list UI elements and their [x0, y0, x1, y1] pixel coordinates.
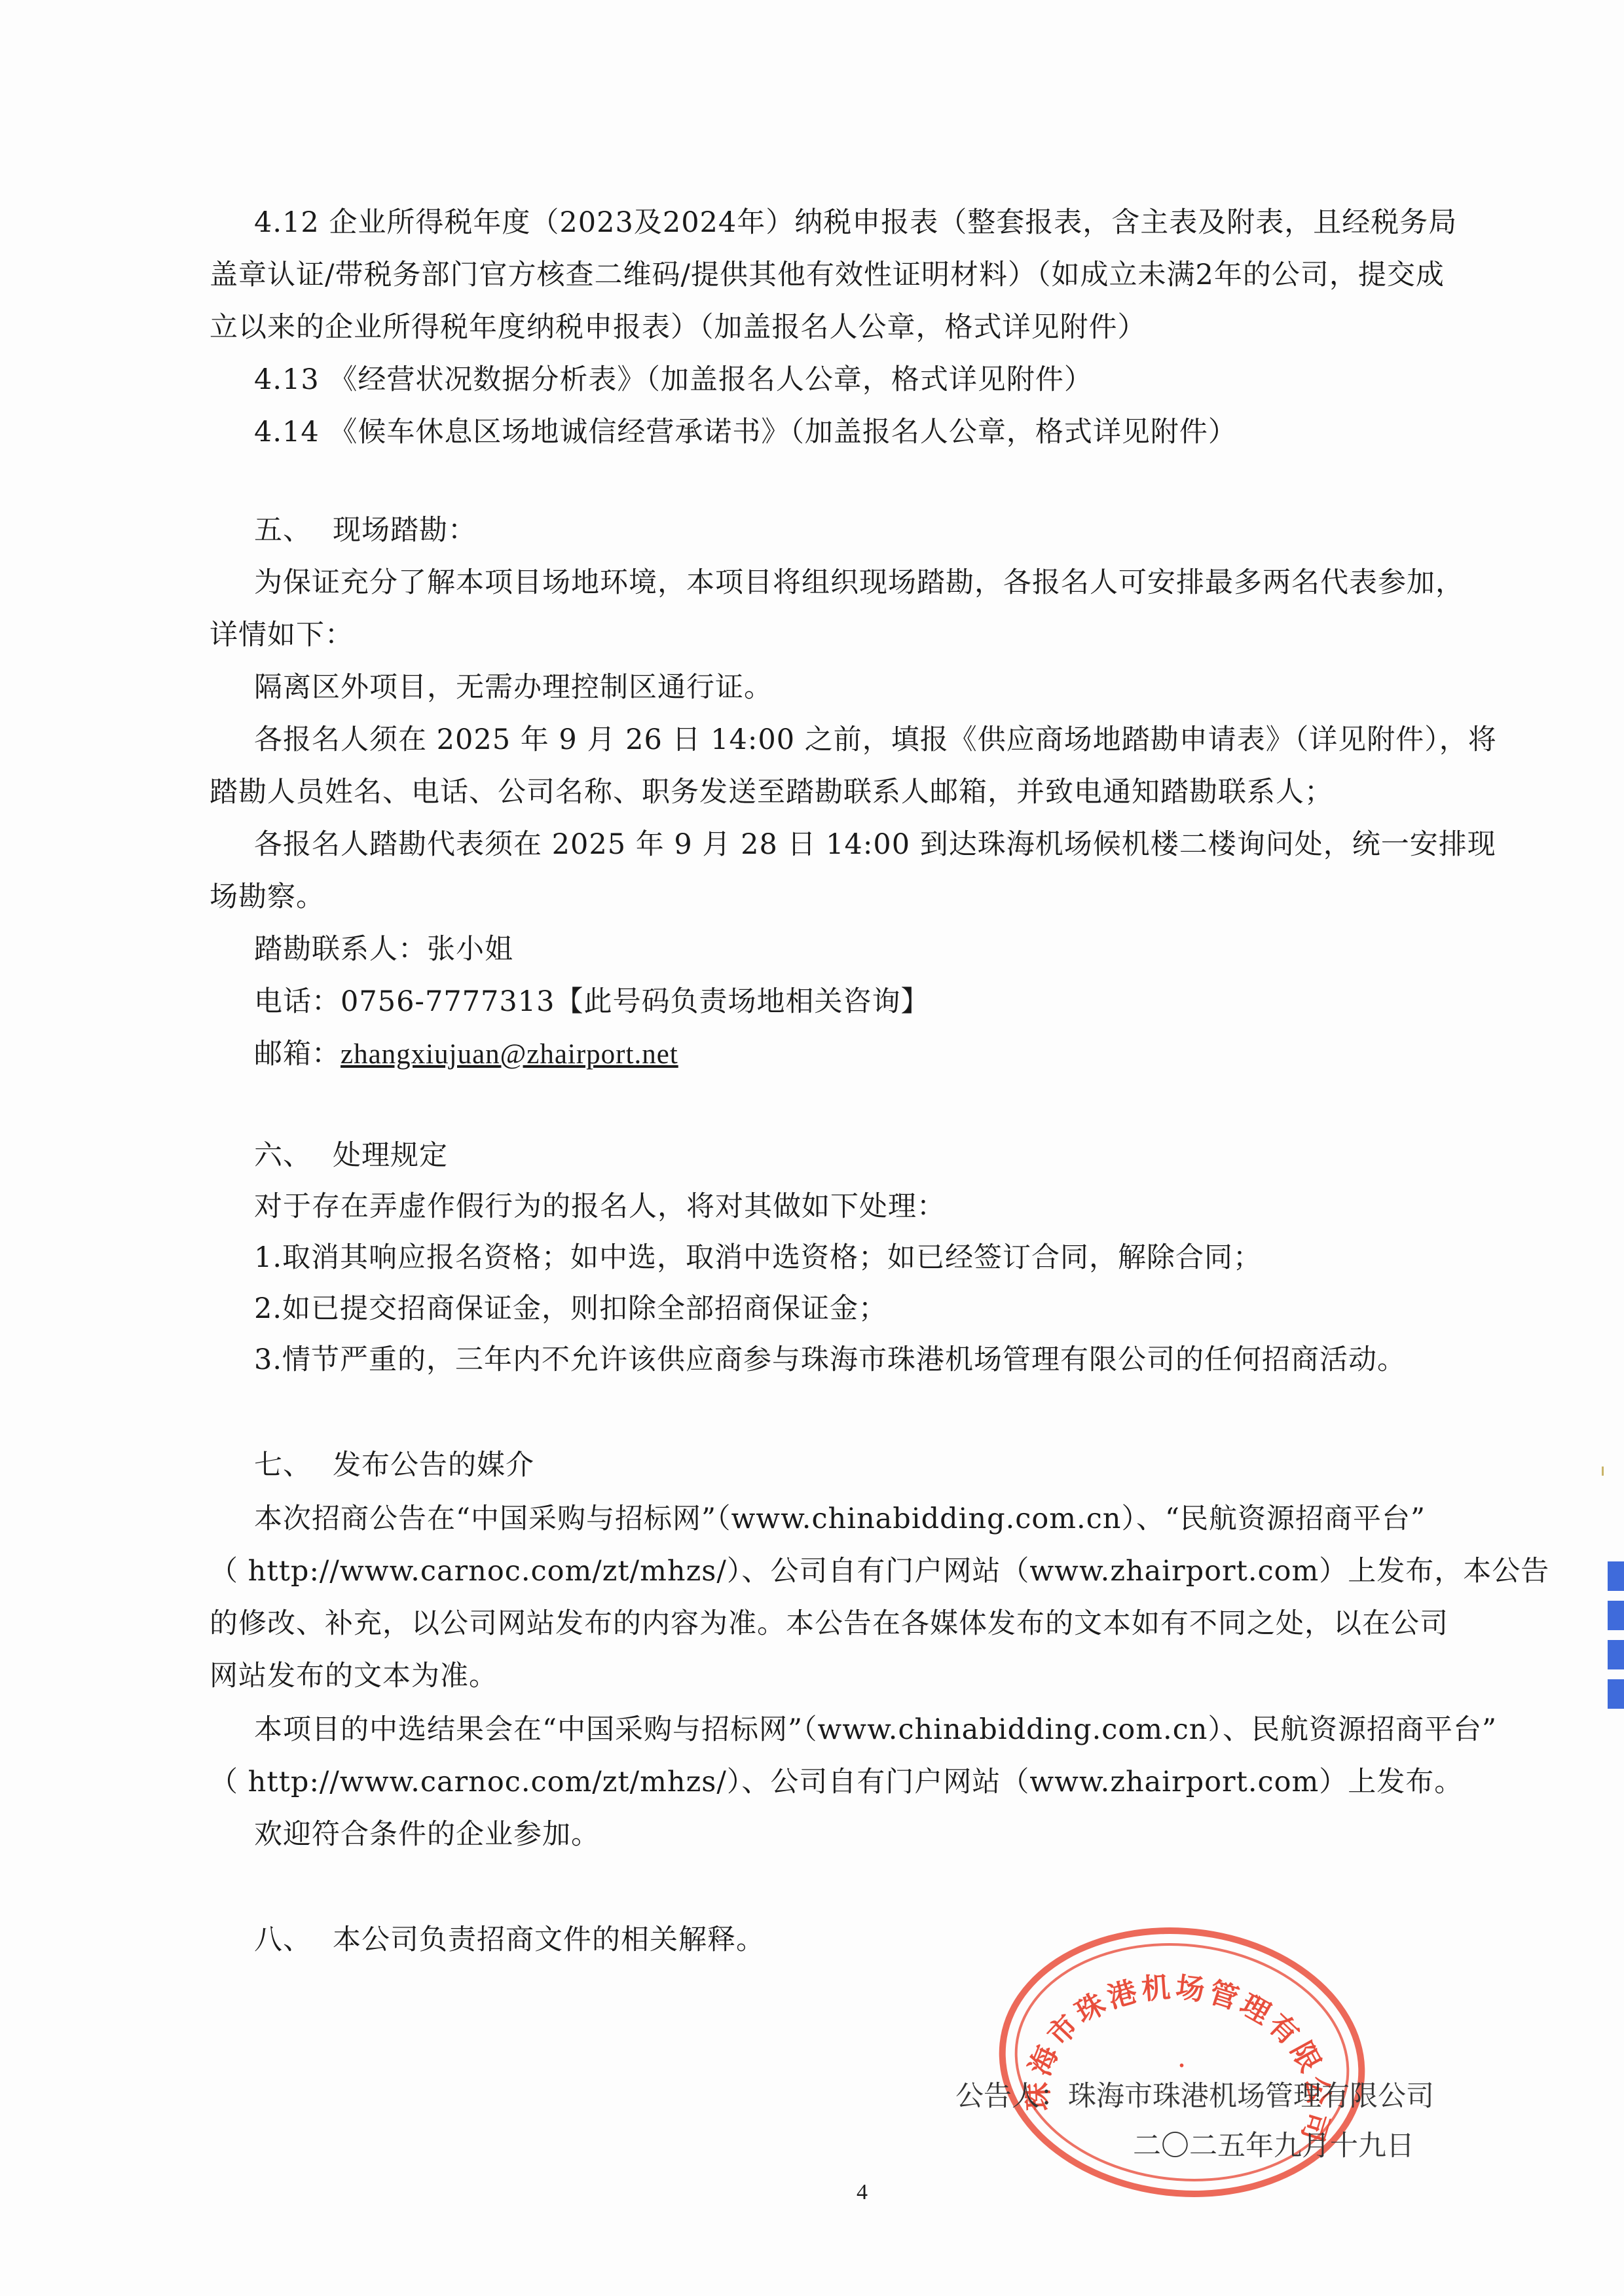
- contact-person: 踏勘联系人：张小姐: [254, 930, 1485, 969]
- svg-text:珠海市珠港机场管理有限公司: 珠海市珠港机场管理有限公司: [1017, 1956, 1348, 2149]
- section-7-para-1-line-2: （ http://www.carnoc.com/zt/mhzs/）、公司自有门户…: [210, 1552, 1441, 1591]
- section-5-number: 五、: [254, 511, 333, 550]
- section-5-title: 现场踏勘：: [333, 514, 477, 547]
- section-7-para-1-line-1: 本次招商公告在“中国采购与招标网”（www.chinabidding.com.c…: [254, 1499, 1485, 1539]
- item-4-12-line-2: 盖章认证/带税务部门官方核查二维码/提供其他有效性证明材料）（如成立未满2年的公…: [210, 255, 1441, 295]
- section-5-para-1-line-2: 详情如下：: [210, 615, 1441, 655]
- section-5-para-3-line-2: 踏勘人员姓名、电话、公司名称、职务发送至踏勘联系人邮箱，并致电通知踏勘联系人；: [210, 773, 1441, 812]
- section-7-title: 发布公告的媒介: [333, 1449, 534, 1482]
- section-6-item: 2.如已提交招商保证金，则扣除全部招商保证金；: [254, 1289, 1485, 1328]
- section-8-title: 本公司负责招商文件的相关解释。: [333, 1923, 765, 1956]
- section-7-para-3: 欢迎符合条件的企业参加。: [254, 1815, 1485, 1854]
- document-page: 4.12 企业所得税年度（2023及2024年）纳税申报表（整套报表，含主表及附…: [0, 0, 1624, 2296]
- section-8-number: 八、: [254, 1920, 333, 1959]
- section-6-heading: 六、处理规定: [254, 1136, 1485, 1175]
- section-5-heading: 五、现场踏勘：: [254, 511, 1485, 550]
- section-5-para-4-line-2: 场勘察。: [210, 877, 1441, 917]
- item-4-14: 4.14 《候车休息区场地诚信经营承诺书》（加盖报名人公章，格式详见附件）: [254, 412, 1485, 452]
- contact-phone: 电话：0756-7777313【此号码负责场地相关咨询】: [254, 982, 1485, 1021]
- scan-speck: [1602, 1467, 1604, 1476]
- section-7-para-1-line-4: 网站发布的文本为准。: [210, 1656, 1441, 1696]
- section-7-para-2-line-1: 本项目的中选结果会在“中国采购与招标网”（www.chinabidding.co…: [254, 1710, 1485, 1749]
- section-5-para-3-line-1: 各报名人须在 2025 年 9 月 26 日 14:00 之前，填报《供应商场地…: [254, 720, 1485, 759]
- section-6-intro: 对于存在弄虚作假行为的报名人，将对其做如下处理：: [254, 1187, 1485, 1226]
- email-label: 邮箱：: [254, 1038, 341, 1070]
- item-4-12-line-3: 立以来的企业所得税年度纳税申报表）（加盖报名人公章，格式详见附件）: [210, 308, 1441, 347]
- section-7-para-1-line-3: 的修改、补充，以公司网站发布的内容为准。本公告在各媒体发布的文本如有不同之处，以…: [210, 1604, 1441, 1643]
- contact-name: 张小姐: [427, 933, 513, 966]
- email-link[interactable]: zhangxiujuan@zhairport.net: [341, 1039, 678, 1070]
- section-7-para-2-line-2: （ http://www.carnoc.com/zt/mhzs/）、公司自有门户…: [210, 1762, 1441, 1802]
- edge-stamp-mark: [1608, 1561, 1624, 1712]
- item-4-12-line-1: 4.12 企业所得税年度（2023及2024年）纳税申报表（整套报表，含主表及附…: [254, 203, 1485, 242]
- item-4-13: 4.13 《经营状况数据分析表》（加盖报名人公章，格式详见附件）: [254, 360, 1485, 399]
- section-6-title: 处理规定: [333, 1139, 448, 1172]
- announcer: 公告人：珠海市珠港机场管理有限公司: [955, 2077, 1434, 2116]
- phone-note: 【此号码负责场地相关咨询】: [555, 985, 929, 1018]
- phone-label: 电话：: [254, 985, 341, 1018]
- section-7-number: 七、: [254, 1446, 333, 1485]
- section-6-number: 六、: [254, 1136, 333, 1175]
- section-6-item: 1.取消其响应报名资格；如中选，取消中选资格；如已经签订合同，解除合同；: [254, 1238, 1485, 1277]
- section-7-heading: 七、发布公告的媒介: [254, 1446, 1485, 1485]
- contact-label: 踏勘联系人：: [254, 933, 427, 966]
- section-5-para-4-line-1: 各报名人踏勘代表须在 2025 年 9 月 28 日 14:00 到达珠海机场候…: [254, 825, 1485, 864]
- page-number: 4: [857, 2180, 868, 2205]
- phone-number: 0756-7777313: [341, 985, 555, 1018]
- section-5-para-1-line-1: 为保证充分了解本项目场地环境，本项目将组织现场踏勘，各报名人可安排最多两名代表参…: [254, 563, 1485, 602]
- announcement-date: 二〇二五年九月十九日: [1133, 2126, 1414, 2166]
- section-6-item: 3.情节严重的，三年内不允许该供应商参与珠海市珠港机场管理有限公司的任何招商活动…: [254, 1340, 1485, 1379]
- company-seal: 珠海市珠港机场管理有限公司: [986, 1910, 1378, 2215]
- seal-text: 珠海市珠港机场管理有限公司: [1017, 1956, 1348, 2149]
- contact-email: 邮箱：zhangxiujuan@zhairport.net: [254, 1034, 1485, 1074]
- section-5-para-2: 隔离区外项目，无需办理控制区通行证。: [254, 668, 1485, 707]
